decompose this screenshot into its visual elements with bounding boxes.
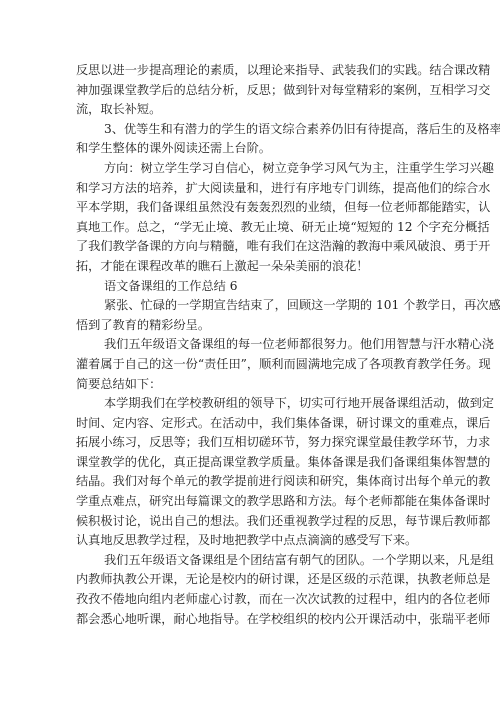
text-line: 真地工作。总之，“学无止境、教无止境、研无止境“短短的 12 个字充分概括 [76,218,422,238]
text-line: 拓展小练习，反思等；我们互相切磋环节，努力探究课堂最佳教学环节，力求 [76,433,422,453]
text-line: 悟到了教育的精彩纷呈。 [76,316,422,336]
text-line: 内教师执教公开课，无论是校内的研讨课，还是区级的示范课，执教老师总是 [76,570,422,590]
text-line: 孜孜不倦地向组内老师虚心讨教，而在一次次试教的过程中，组内的各位老师 [76,590,422,610]
text-line: 我们五年级语文备课组是个团结富有朝气的团队。一个学期以来，凡是组 [76,551,422,571]
text-line: 都会悉心地听课，耐心地指导。在学校组织的校内公开课活动中，张瑞平老师 [76,610,422,630]
text-line: 和学生整体的课外阅读还需上台阶。 [76,139,422,159]
text-line: 流，取长补短。 [76,100,422,120]
text-line: 语文备课组的工作总结 6 [76,277,422,297]
text-line: 紧张、忙碌的一学期宣告结束了，回顾这一学期的 101 个教学日，再次感 [76,296,422,316]
text-line: 了我们教学备课的方向与精髓，唯有我们在这浩瀚的教海中乘风破浪、勇于开 [76,237,422,257]
text-line: 拓，才能在课程改革的瞧石上激起一朵朵美丽的浪花！ [76,257,422,277]
text-line: 3、优等生和有潜力的学生的语文综合素养仍旧有待提高，落后生的及格率 [76,120,422,140]
text-line: 课堂教学的优化，真正提高课堂教学质量。集体备课是我们备课组集体智慧的 [76,453,422,473]
text-line: 和学习方法的培养，扩大阅读量和，进行有序地专门训练，提高他们的综合水 [76,179,422,199]
text-line: 认真地反思教学过程，及时地把教学中点点滴滴的感受写下来。 [76,531,422,551]
text-line: 神加强课堂教学后的总结分析，反思；做到针对每堂精彩的案例，互相学习交 [76,81,422,101]
text-line: 平本学期，我们备课组虽然没有轰轰烈烈的业绩，但每一位老师都能踏实，认 [76,198,422,218]
text-line: 结晶。我们对每个单元的教学提前进行阅读和研究，集体商讨出每个单元的教 [76,472,422,492]
text-line: 简要总结如下： [76,375,422,395]
text-line: 反思以进一步提高理论的素质，以理论来指导、武装我们的实践。结合课改精 [76,61,422,81]
text-line: 候积极讨论，说出自己的想法。我们还重视教学过程的反思，每节课后教师都 [76,512,422,532]
text-line: 学重点难点，研究出每篇课文的教学思路和方法。每个老师都能在集体备课时 [76,492,422,512]
text-line: 方向：树立学生学习自信心，树立竞争学习风气为主，注重学生学习兴趣 [76,159,422,179]
text-line: 灌着属于自己的这一份“责任田”，顺利而圆满地完成了各项教育教学任务。现 [76,355,422,375]
text-line: 我们五年级语文备课组的每一位老师都很努力。他们用智慧与汗水精心浇 [76,335,422,355]
text-line: 时间、定内容、定形式。在活动中，我们集体备课，研讨课文的重难点，课后 [76,414,422,434]
text-line: 本学期我们在学校教研组的领导下，切实可行地开展备课组活动，做到定 [76,394,422,414]
document-page: 反思以进一步提高理论的素质，以理论来指导、武装我们的实践。结合课改精神加强课堂教… [76,61,422,629]
